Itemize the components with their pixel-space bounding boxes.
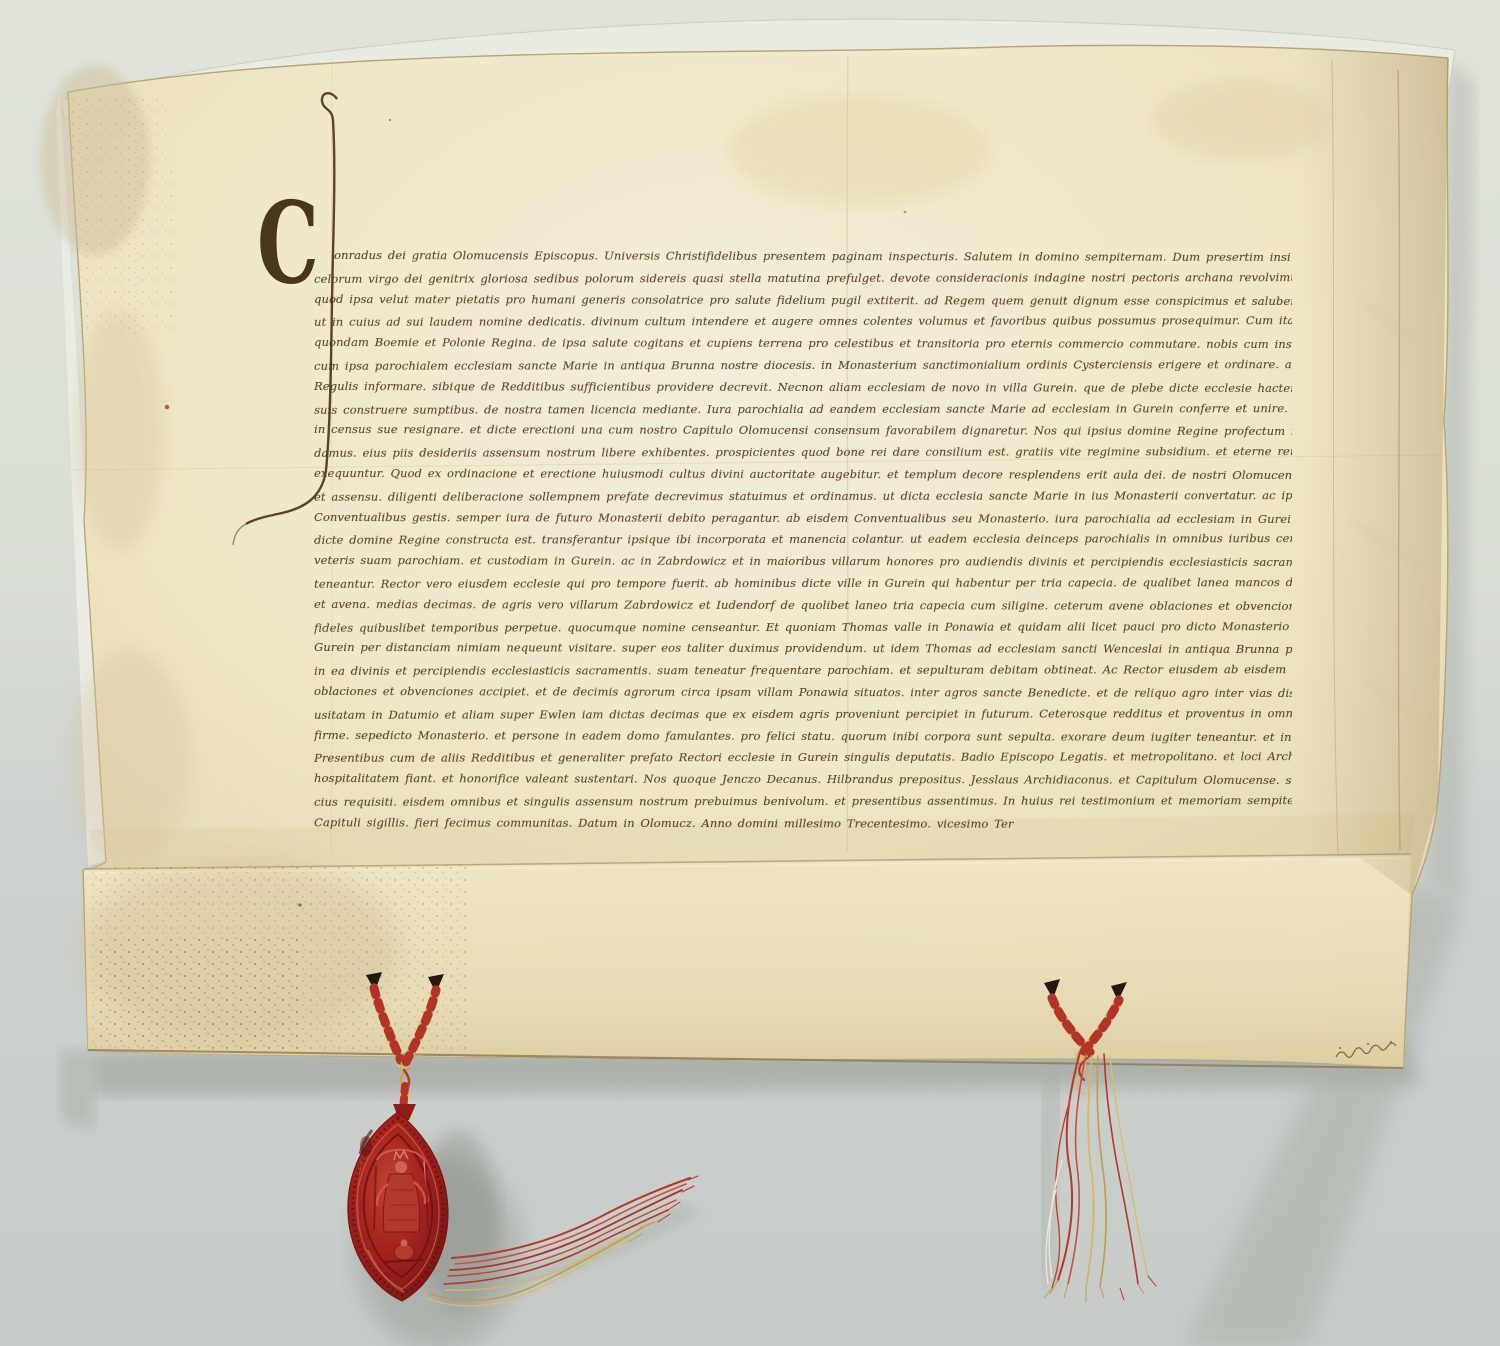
photo-stage: C onradus dei gratia Olomucensis Episcop… bbox=[0, 0, 1500, 1346]
seal-and-cords-graphic bbox=[0, 0, 1500, 1346]
seal-cords-left bbox=[374, 988, 436, 1112]
seal-cords-right bbox=[1052, 998, 1119, 1056]
